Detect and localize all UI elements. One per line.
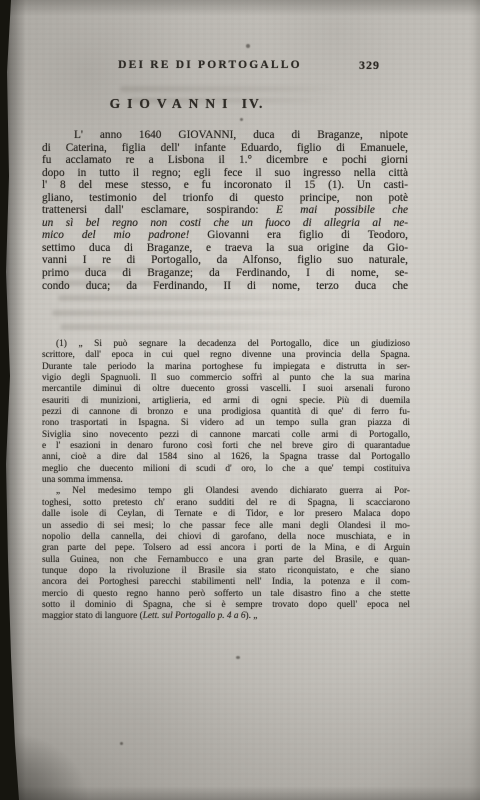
book-page-scan: DEI RE DI PORTOGALLO 329 GIOVANNI IV. L'… xyxy=(0,0,480,800)
text-line: mico del mio padrone! Giovanni era figli… xyxy=(42,229,408,242)
screenshot-root: { "header": { "running_title": "DEI RE D… xyxy=(0,0,480,800)
paper-speck xyxy=(246,44,250,48)
chapter-title: GIOVANNI IV. xyxy=(4,96,370,112)
ghost-text-smudge xyxy=(52,310,342,316)
text-line: e l' esazioni in denaro furono così fort… xyxy=(42,441,410,452)
text-line: di Caterina, figlia dell' infante Eduard… xyxy=(42,142,408,155)
text-line: sotto il dominio di Spagna, che si è sem… xyxy=(42,600,410,611)
text-line: ancora dei Portoghesi parecchi stabilime… xyxy=(42,577,410,588)
chapter-title-numeral: IV. xyxy=(242,96,265,111)
text-line: trattenersi dall' esclamare, sospirando:… xyxy=(42,204,408,217)
text-line: Siviglia sino novecento pezzi di cannone… xyxy=(42,430,410,441)
chapter-title-name: GIOVANNI xyxy=(110,96,235,111)
text-line: mercantile diminuì di oltre duecento gro… xyxy=(42,384,410,395)
text-line: un assedio di sei mesi; lo che passar fe… xyxy=(42,521,410,532)
text-line: vanni I re di Portogallo, da Alfonso, fi… xyxy=(42,254,408,267)
book-edge xyxy=(0,0,20,800)
text-line: maggior stato di languore (Lett. sul Por… xyxy=(42,611,410,622)
page-bottom-shadow xyxy=(0,786,480,800)
text-line: l' 8 del mese stesso, e fu incoronato il… xyxy=(42,179,408,192)
page-header: DEI RE DI PORTOGALLO 329 xyxy=(42,59,408,74)
text-line: settimo duca di Braganze, e traeva la su… xyxy=(42,242,408,255)
text-line: anni, cioè a dire dal 1584 sino al 1626,… xyxy=(42,452,410,463)
text-line: un sì bel regno non costi che un fuoco d… xyxy=(42,217,408,230)
text-line: Durante tale periodo la marina portoghes… xyxy=(42,362,410,373)
paper-speck xyxy=(240,118,243,121)
text-line: dopo in tutto il regno; egli fece il suo… xyxy=(42,167,408,180)
text-line: scrittore, dall' epoca in cui quel regno… xyxy=(42,350,410,361)
text-line: tunque dopo la rivoluzione il Brasile si… xyxy=(42,566,410,577)
text-line: vigio degli Spagnuoli. Il suo commercio … xyxy=(42,373,410,384)
text-line: toghesi, sotto pretesto ch' erano suddit… xyxy=(42,498,410,509)
ghost-text-smudge xyxy=(58,295,313,301)
text-line: sulla Guinea, non che Fernambucco e una … xyxy=(42,555,410,566)
text-line: nopolio della cannella, dei chiovi di ga… xyxy=(42,532,410,543)
paper-speck xyxy=(120,742,123,745)
text-line: meglio che duecento milioni di scudi d' … xyxy=(42,464,410,475)
book-gutter-shadow xyxy=(0,0,26,800)
text-line: (1) „ Si può segnare la decadenza del Po… xyxy=(42,339,410,350)
page-number: 329 xyxy=(359,58,380,73)
text-line: dalle isole di Ceylan, di Ternate e di T… xyxy=(42,509,410,520)
text-line: esauriti di munizioni, artiglieria, ed a… xyxy=(42,396,410,407)
text-line: una somma immensa. xyxy=(42,475,410,486)
ghost-text-smudge xyxy=(120,86,340,92)
text-line: fu acclamato re a Lisbona il 1.° dicembr… xyxy=(42,154,408,167)
paper-speck xyxy=(236,656,240,659)
main-paragraph: L' anno 1640 GIOVANNI, duca di Braganze,… xyxy=(42,129,408,292)
text-line: mercio di questo regno hanno però soffer… xyxy=(42,589,410,600)
page-top-shadow xyxy=(0,0,480,16)
footnote: (1) „ Si può segnare la decadenza del Po… xyxy=(42,339,410,623)
ghost-text-smudge xyxy=(60,324,300,330)
text-line: gran parte del pepe. Tolsero ad essi anc… xyxy=(42,543,410,554)
text-line: condo duca; da Ferdinando, II di nome, t… xyxy=(42,280,408,293)
text-line: „ Nel medesimo tempo gli Olandesi avendo… xyxy=(42,486,410,497)
text-line: L' anno 1640 GIOVANNI, duca di Braganze,… xyxy=(42,129,408,142)
text-line: primo duca di Braganze; da Ferdinando, I… xyxy=(42,267,408,280)
text-line: pezzi di cannone di bronzo e una prodigi… xyxy=(42,407,410,418)
text-line: gliano, testimonio del trionfo di questo… xyxy=(42,192,408,205)
text-line: rono trasportati in Ispagna. Si videro a… xyxy=(42,418,410,429)
running-title: DEI RE DI PORTOGALLO xyxy=(27,59,393,71)
page-right-shadow xyxy=(470,0,480,800)
bottom-left-corner-shadow xyxy=(0,730,90,800)
